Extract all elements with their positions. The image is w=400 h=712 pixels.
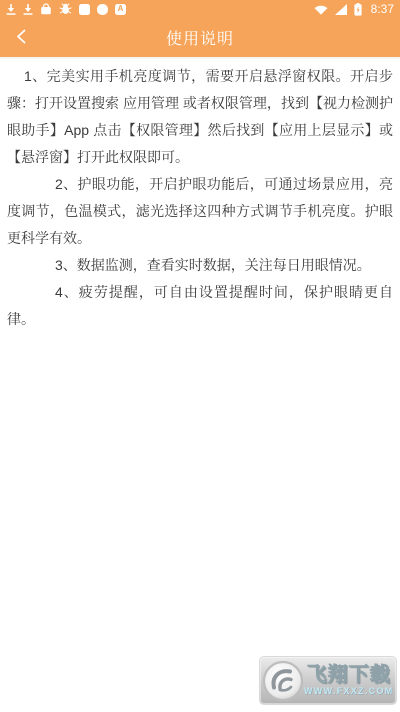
watermark-site-url: WWW.FXXZ.COM bbox=[304, 686, 394, 696]
site-watermark: 飞翔下载 WWW.FXXZ.COM bbox=[259, 656, 397, 705]
status-bar-system-icons: 8:37 bbox=[314, 2, 394, 16]
back-button[interactable] bbox=[6, 22, 38, 54]
instruction-paragraph: 2、护眼功能，开启护眼功能后，可通过场景应用，亮度调节，色温模式，滤光选择这四种… bbox=[7, 171, 393, 252]
fxxz-logo-icon bbox=[262, 660, 304, 702]
wifi-icon bbox=[314, 4, 328, 15]
bug-icon bbox=[59, 3, 72, 15]
instruction-paragraph: 3、数据监测，查看实时数据，关注每日用眼情况。 bbox=[7, 252, 393, 279]
instruction-paragraph: 1、完美实用手机亮度调节，需要开启悬浮窗权限。开启步骤：打开设置搜索 应用管理 … bbox=[7, 63, 393, 171]
clock-time: 8:37 bbox=[371, 2, 394, 16]
download-icon bbox=[23, 3, 33, 15]
download-icon bbox=[6, 3, 16, 15]
app-bar: 使用说明 bbox=[0, 18, 400, 57]
back-arrow-icon bbox=[13, 27, 31, 50]
app-square-icon bbox=[79, 4, 90, 15]
status-bar: A 8:37 bbox=[0, 0, 400, 18]
app-blob-icon bbox=[97, 4, 108, 15]
page-title: 使用说明 bbox=[166, 26, 234, 49]
status-bar-notification-icons: A bbox=[6, 3, 126, 15]
watermark-text: 飞翔下载 WWW.FXXZ.COM bbox=[304, 665, 397, 696]
signal-icon bbox=[335, 4, 347, 15]
screen: A 8:37 使用说明 1、完美实用手机亮度调节，需要开启悬浮窗权限。开启步骤：… bbox=[0, 0, 400, 712]
battery-charging-icon bbox=[354, 3, 362, 16]
instructions-body: 1、完美实用手机亮度调节，需要开启悬浮窗权限。开启步骤：打开设置搜索 应用管理 … bbox=[0, 57, 400, 333]
watermark-site-name: 飞翔下载 bbox=[304, 665, 394, 686]
bag-icon bbox=[40, 3, 52, 15]
instruction-paragraph: 4、疲劳提醒，可自由设置提醒时间，保护眼睛更自律。 bbox=[7, 279, 393, 333]
letter-a-icon: A bbox=[115, 4, 126, 15]
